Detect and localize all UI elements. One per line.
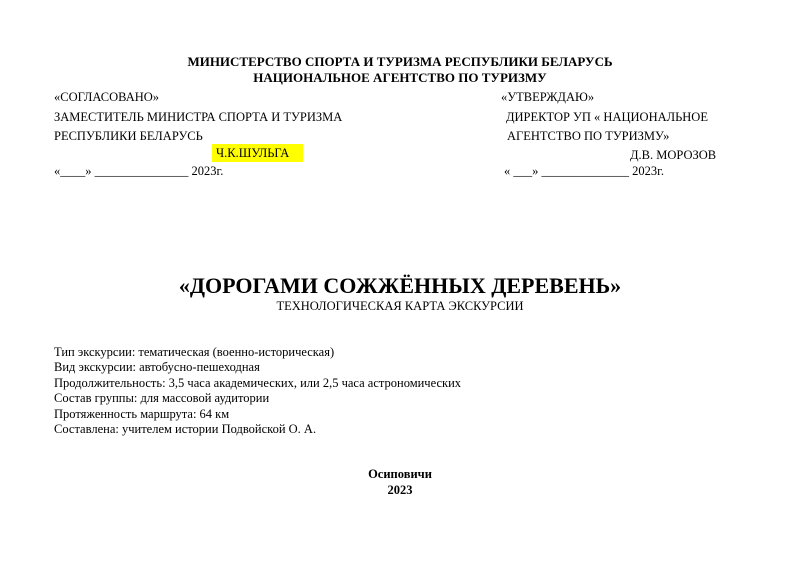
- approval-left-position-2: РЕСПУБЛИКИ БЕЛАРУСЬ: [54, 129, 203, 144]
- footer-year: 2023: [0, 483, 800, 498]
- highlighted-name: Ч.К.ШУЛЬГА: [212, 144, 303, 162]
- excursion-title: «ДОРОГАМИ СОЖЖЁННЫХ ДЕРЕВЕНЬ»: [0, 273, 800, 299]
- info-kind: Вид экскурсии: автобусно-пешеходная: [54, 360, 461, 375]
- approval-right-name: Д.В. МОРОЗОВ: [630, 148, 716, 163]
- approval-left-date: «____» _______________ 2023г.: [54, 164, 223, 179]
- approval-right-position-1: ДИРЕКТОР УП « НАЦИОНАЛЬНОЕ: [506, 110, 708, 125]
- approval-right-heading: «УТВЕРЖДАЮ»: [501, 90, 594, 105]
- info-duration: Продолжительность: 3,5 часа академически…: [54, 376, 461, 391]
- agency-heading: НАЦИОНАЛЬНОЕ АГЕНТСТВО ПО ТУРИЗМУ: [0, 70, 800, 86]
- approval-right-position-2: АГЕНТСТВО ПО ТУРИЗМУ»: [507, 129, 669, 144]
- info-list: Тип экскурсии: тематическая (военно-исто…: [54, 345, 461, 437]
- approval-left-heading: «СОГЛАСОВАНО»: [54, 90, 159, 105]
- footer-city: Осиповичи: [0, 467, 800, 482]
- info-type: Тип экскурсии: тематическая (военно-исто…: [54, 345, 461, 360]
- info-author: Составлена: учителем истории Подвойской …: [54, 422, 461, 437]
- info-group: Состав группы: для массовой аудитории: [54, 391, 461, 406]
- approval-left-position-1: ЗАМЕСТИТЕЛЬ МИНИСТРА СПОРТА И ТУРИЗМА: [54, 110, 342, 125]
- info-length: Протяженность маршрута: 64 км: [54, 407, 461, 422]
- approval-right-date: « ___» ______________ 2023г.: [504, 164, 664, 179]
- ministry-heading: МИНИСТЕРСТВО СПОРТА И ТУРИЗМА РЕСПУБЛИКИ…: [0, 54, 800, 70]
- excursion-subtitle: ТЕХНОЛОГИЧЕСКАЯ КАРТА ЭКСКУРСИИ: [0, 299, 800, 314]
- approval-left-name: Ч.К.ШУЛЬГА: [212, 146, 303, 161]
